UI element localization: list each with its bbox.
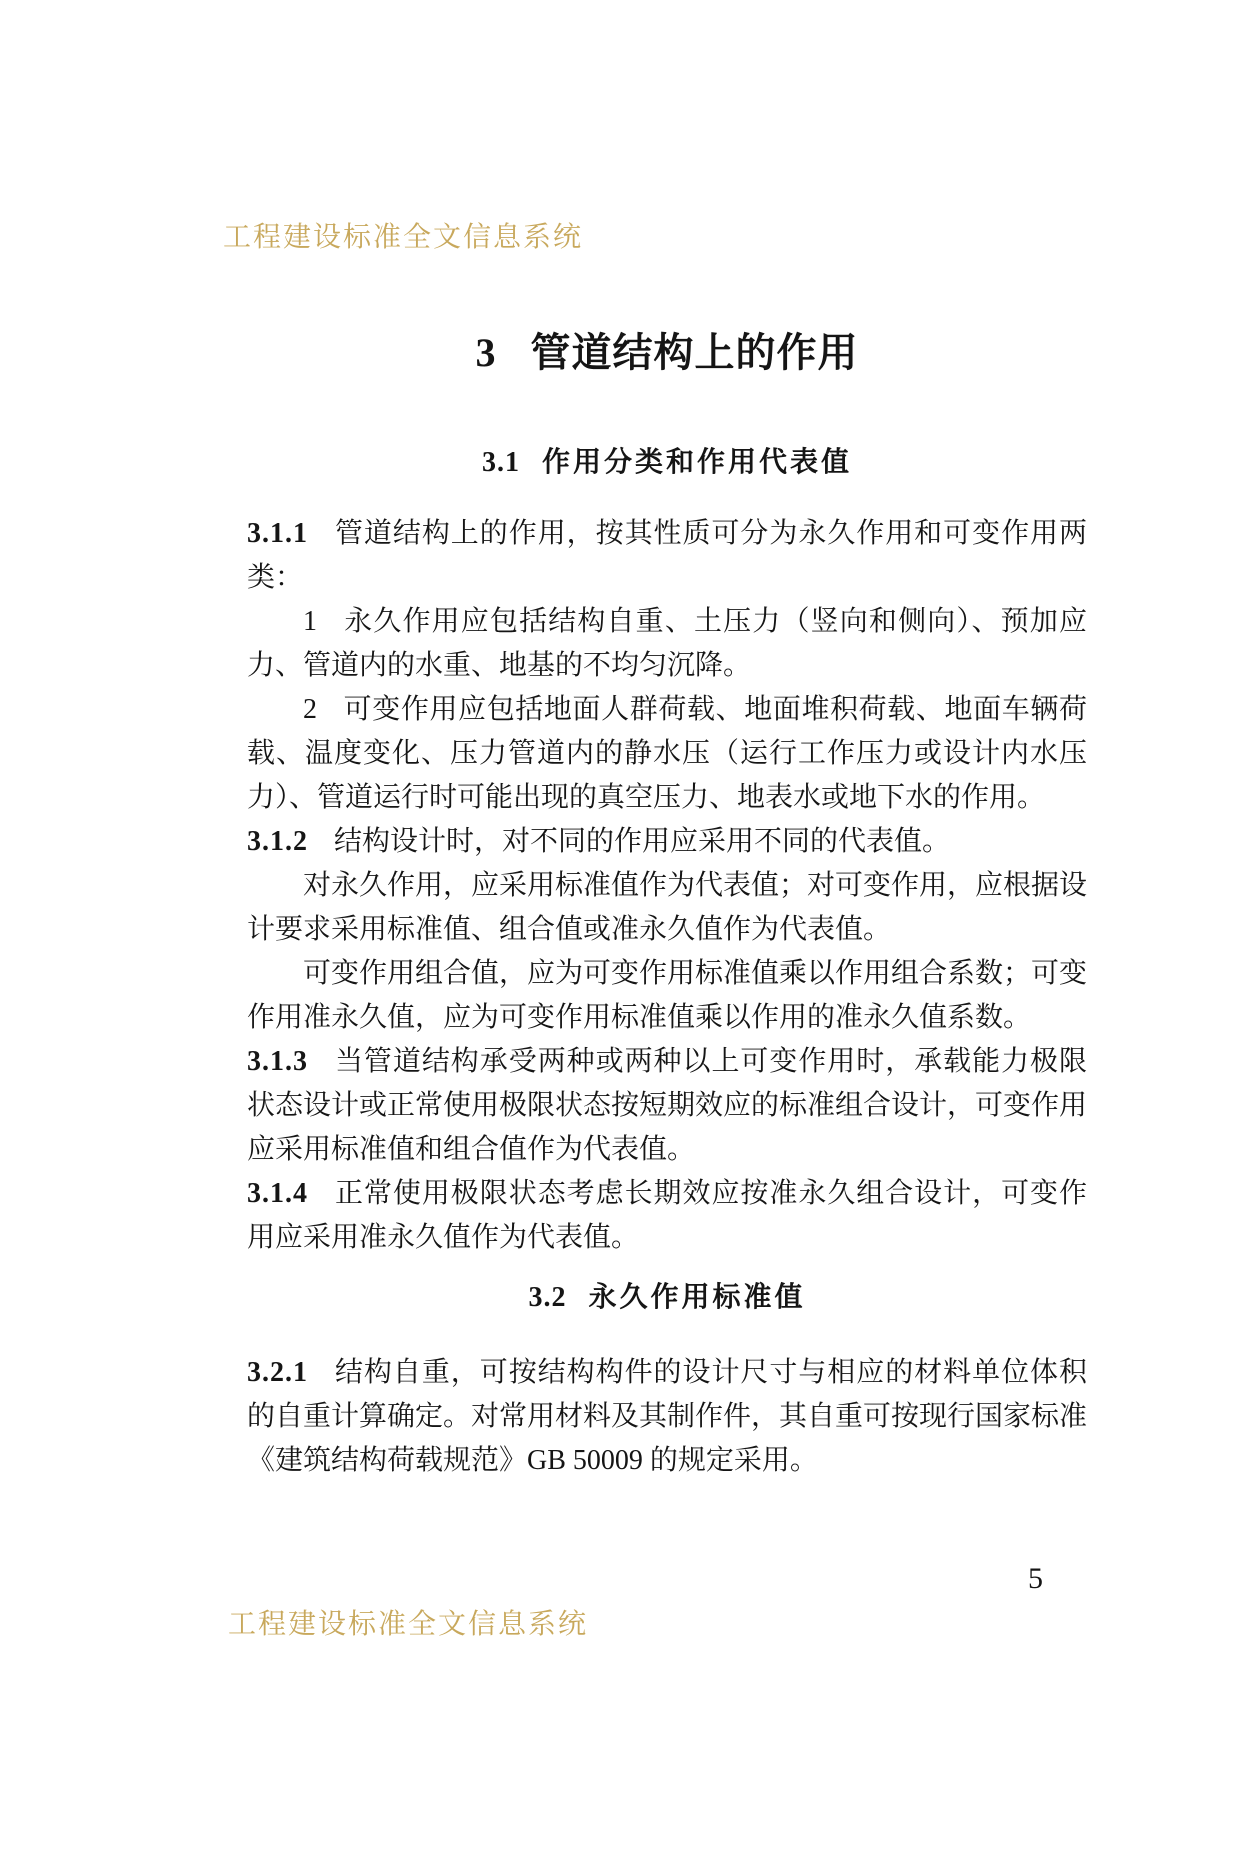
chapter-title: 3管道结构上的作用 <box>247 330 1087 376</box>
clause-3-2-1-text: 结构自重，可按结构构件的设计尺寸与相应的材料单位体积的自重计算确定。对常用材料及… <box>247 1357 1087 1476</box>
list-item-1-number: 1 <box>303 600 317 644</box>
list-item-2: 2可变作用应包括地面人群荷载、地面堆积荷载、地面车辆荷载、温度变化、压力管道内的… <box>247 688 1087 820</box>
document-page: 工程建设标准全文信息系统 3管道结构上的作用 3.1作用分类和作用代表值 3.1… <box>0 0 1260 1867</box>
clause-3-2-1: 3.2.1结构自重，可按结构构件的设计尺寸与相应的材料单位体积的自重计算确定。对… <box>247 1351 1087 1483</box>
clause-3-1-2-label: 3.1.2 <box>247 826 308 857</box>
clause-3-1-4-text: 正常使用极限状态考虑长期效应按准永久组合设计，可变作用应采用准永久值作为代表值。 <box>247 1178 1087 1253</box>
clause-3-1-4: 3.1.4正常使用极限状态考虑长期效应按准永久组合设计，可变作用应采用准永久值作… <box>247 1172 1087 1260</box>
paragraph-3-1-2-a: 对永久作用，应采用标准值作为代表值；对可变作用，应根据设计要求采用标准值、组合值… <box>247 864 1087 952</box>
section-heading-3-1: 3.1作用分类和作用代表值 <box>247 446 1087 480</box>
section-3-1-number: 3.1 <box>482 447 520 478</box>
paragraph-3-1-2-b: 可变作用组合值，应为可变作用标准值乘以作用组合系数；可变作用准永久值，应为可变作… <box>247 952 1087 1040</box>
clause-3-1-1: 3.1.1管道结构上的作用，按其性质可分为永久作用和可变作用两类： <box>247 512 1087 600</box>
chapter-number: 3 <box>476 330 497 375</box>
clause-3-1-1-label: 3.1.1 <box>247 518 308 549</box>
header-watermark: 工程建设标准全文信息系统 <box>223 215 583 255</box>
clause-3-1-2: 3.1.2结构设计时，对不同的作用应采用不同的代表值。 <box>247 820 1087 864</box>
page-number: 5 <box>1028 1562 1043 1596</box>
clause-3-1-2-text: 结构设计时，对不同的作用应采用不同的代表值。 <box>334 826 950 857</box>
clause-3-1-4-label: 3.1.4 <box>247 1178 308 1209</box>
clause-3-1-3-label: 3.1.3 <box>247 1046 308 1077</box>
clause-3-1-3: 3.1.3当管道结构承受两种或两种以上可变作用时，承载能力极限状态设计或正常使用… <box>247 1040 1087 1172</box>
list-item-2-number: 2 <box>303 688 317 732</box>
clause-3-1-3-text: 当管道结构承受两种或两种以上可变作用时，承载能力极限状态设计或正常使用极限状态按… <box>247 1046 1087 1165</box>
footer-watermark: 工程建设标准全文信息系统 <box>228 1602 588 1642</box>
section-3-1-title: 作用分类和作用代表值 <box>542 447 852 478</box>
section-heading-3-2: 3.2永久作用标准值 <box>247 1281 1087 1315</box>
list-item-1: 1永久作用应包括结构自重、土压力（竖向和侧向）、预加应力、管道内的水重、地基的不… <box>247 600 1087 688</box>
clause-3-1-1-text: 管道结构上的作用，按其性质可分为永久作用和可变作用两类： <box>247 518 1087 593</box>
list-item-2-text: 可变作用应包括地面人群荷载、地面堆积荷载、地面车辆荷载、温度变化、压力管道内的静… <box>247 694 1087 813</box>
section-3-2-title: 永久作用标准值 <box>588 1282 805 1313</box>
clause-3-2-1-label: 3.2.1 <box>247 1357 308 1388</box>
section-3-2-number: 3.2 <box>528 1282 566 1313</box>
list-item-1-text: 永久作用应包括结构自重、土压力（竖向和侧向）、预加应力、管道内的水重、地基的不均… <box>247 606 1087 681</box>
page-content: 3管道结构上的作用 3.1作用分类和作用代表值 3.1.1管道结构上的作用，按其… <box>247 330 1087 1483</box>
chapter-title-text: 管道结构上的作用 <box>531 330 859 375</box>
